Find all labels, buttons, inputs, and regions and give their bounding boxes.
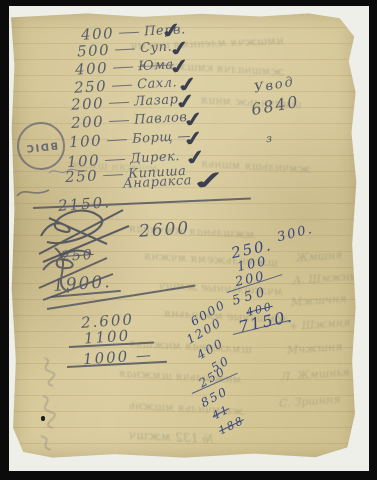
row-item: Лазар xyxy=(134,92,179,109)
dash-mark xyxy=(113,66,133,68)
checkmark-icon: ✓ xyxy=(183,145,206,170)
dash-mark xyxy=(103,174,123,176)
checkmark-icon: ✓ xyxy=(190,166,226,196)
faint-list-entry: + Шжмня xyxy=(289,316,351,333)
row-item: Анаракса xyxy=(123,173,193,192)
dash-mark xyxy=(105,158,125,160)
bdic-stamp-text: BDIC xyxy=(24,139,58,153)
row-amount: 200 xyxy=(71,94,105,114)
dash-mark xyxy=(115,48,135,50)
dash-mark xyxy=(112,84,132,86)
dash-mark xyxy=(107,139,127,141)
dash-mark xyxy=(109,101,129,103)
faint-list-entry: С. Зршння xyxy=(279,393,341,410)
pencil-curve-mark xyxy=(15,184,51,200)
dash-mark xyxy=(109,120,129,122)
pencil-value: 2600 xyxy=(138,218,191,242)
dash-mark xyxy=(119,31,139,33)
row-amount: 500 xyxy=(77,41,111,61)
faint-list-entry: Мжшчня xyxy=(291,292,347,309)
bleedthrough-line: № 132 мжшч xyxy=(129,428,214,446)
row-amount: 250 xyxy=(65,166,99,186)
faint-list-entry: Л. Жмшнья xyxy=(281,366,350,384)
row-amount: 200 xyxy=(71,112,105,132)
faint-list-entry: А. Шмжнь xyxy=(293,270,356,287)
ink-dot-mark xyxy=(41,416,45,421)
row-amount: 400 xyxy=(75,59,109,79)
struck-number: 250 xyxy=(60,247,94,265)
faint-list-entry: Мчжшня xyxy=(287,340,343,357)
row-amount: 100 xyxy=(69,131,103,151)
pencil-mark: з xyxy=(266,132,275,146)
pencil-smudge-mark xyxy=(25,352,79,456)
ledger-row: Анаракса xyxy=(123,173,193,192)
ink-value: 300. xyxy=(276,222,315,245)
document-page: нмшжчя мленнмя шжмч жмшналчя кмшжнмя шмя… xyxy=(11,12,357,459)
faint-list-entry: Жмшня xyxy=(296,248,343,264)
